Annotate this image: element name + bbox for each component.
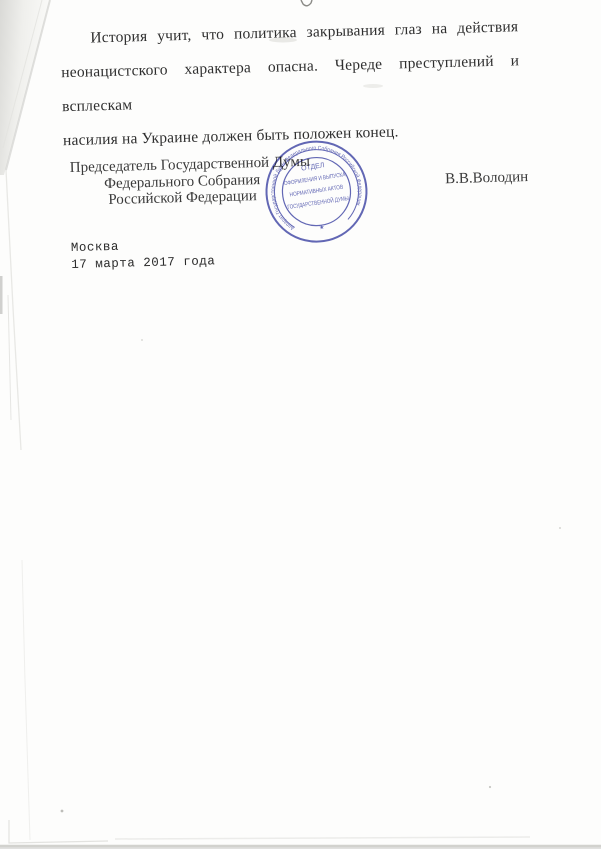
place-date-block: Москва 17 марта 2017 года [71, 236, 216, 274]
document-content: История учит, что политика закрывания гл… [0, 0, 601, 849]
signatory-name: В.В.Володин [445, 169, 528, 188]
stamp-ring-text: Аппарат Государственной Думы Федеральног… [264, 139, 367, 233]
stamp-star-icon: ★ [319, 224, 325, 232]
scanned-page: История учит, что политика закрывания гл… [0, 0, 601, 849]
official-stamp: Аппарат Государственной Думы Федеральног… [245, 120, 389, 264]
date: 17 марта 2017 года [71, 253, 215, 274]
stamp-center-line: НОРМАТИВНЫХ АКТОВ [289, 185, 343, 199]
stamp-center-line: ОТДЕЛ [301, 162, 326, 172]
paragraph-line: неонацистского характера опасна. Череде … [61, 44, 521, 124]
